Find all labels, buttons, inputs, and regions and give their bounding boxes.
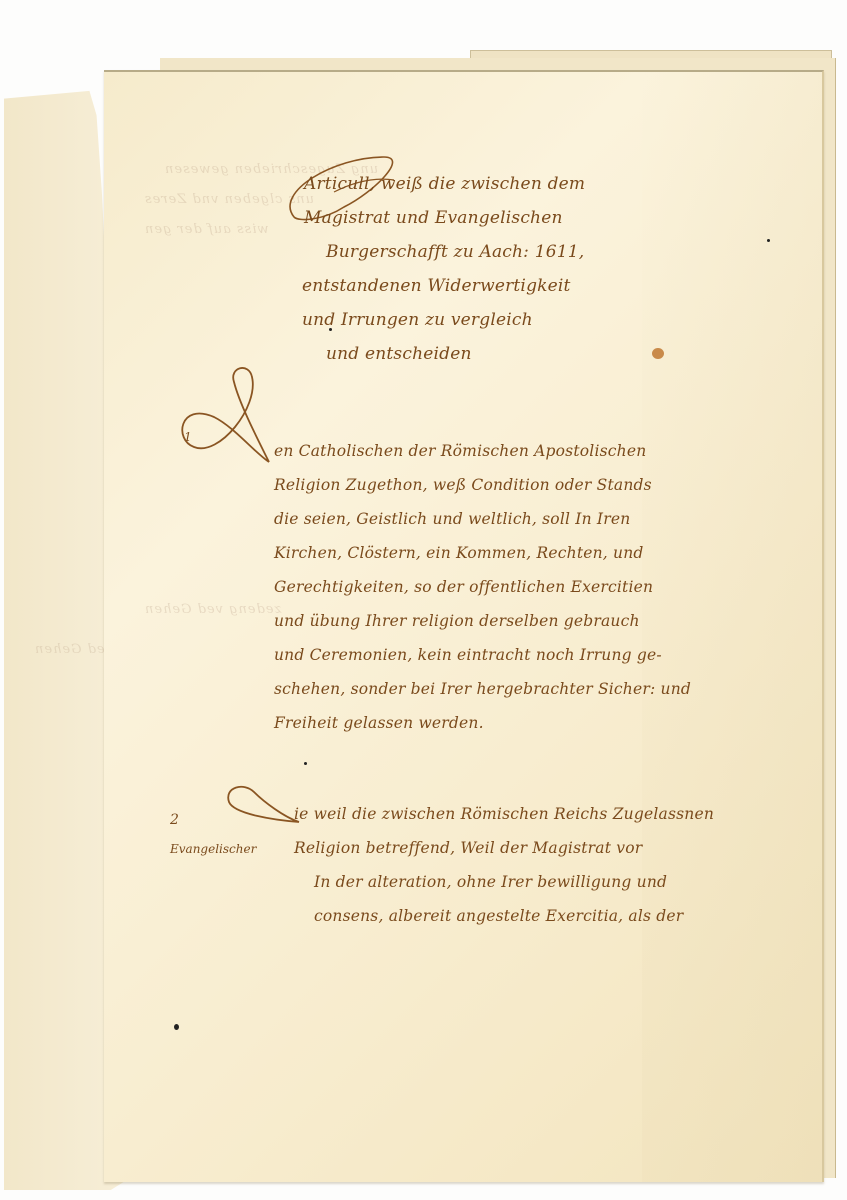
speck bbox=[329, 328, 332, 331]
page-crease-shadow bbox=[642, 72, 822, 1182]
article-2-line-1: ie weil die zwischen Römischen Reichs Zu… bbox=[294, 805, 714, 823]
article-1-line-9: Freiheit gelassen werden. bbox=[274, 714, 484, 732]
article-number: 2 bbox=[170, 812, 179, 828]
bleed-through-line: zedeng ved Gehen bbox=[144, 602, 281, 617]
margin-note-evangelischer: Evangelischer bbox=[170, 842, 256, 856]
title-line-6: und entscheiden bbox=[326, 344, 472, 364]
article-1-line-4: Kirchen, Clöstern, ein Kommen, Rechten, … bbox=[274, 544, 644, 562]
article-2-line-4: consens, albereit angestelte Exercitia, … bbox=[314, 907, 683, 925]
title-line-4: entstandenen Widerwertigkeit bbox=[302, 276, 571, 296]
article-1-line-6: und übung Ihrer religion derselben gebra… bbox=[274, 612, 640, 630]
title-line-5: und Irrungen zu vergleich bbox=[302, 310, 533, 330]
article-2-line-2: Religion betreffend, Weil der Magistrat … bbox=[294, 839, 642, 857]
bleed-through-line: wiss auf der gen bbox=[144, 222, 269, 237]
speck bbox=[767, 239, 770, 242]
article-1-line-2: Religion Zugethon, weß Condition oder St… bbox=[274, 476, 652, 494]
initial-d-flourish-icon bbox=[174, 362, 284, 472]
speck bbox=[304, 762, 307, 765]
ink-stain bbox=[652, 348, 664, 359]
title-line-3: Burgerschafft zu Aach: 1611, bbox=[326, 242, 584, 262]
article-1-line-8: schehen, sonder bei Irer hergebrachter S… bbox=[274, 680, 691, 698]
article-2-line-3: In der alteration, ohne Irer bewilligung… bbox=[314, 873, 667, 891]
title-line-2: Magistrat und Evangelischen bbox=[304, 208, 563, 228]
title-line-1: Articull, weiß die zwischen dem bbox=[304, 174, 585, 194]
manuscript-page: ung Zugeschrieben gewesen uns clgeben vn… bbox=[104, 70, 824, 1182]
article-1-line-5: Gerechtigkeiten, so der offentlichen Exe… bbox=[274, 578, 653, 596]
bleed-through-line: uns clgeben vnd Zeres bbox=[144, 192, 314, 207]
binding-hole bbox=[174, 1024, 179, 1030]
article-1-line-7: und Ceremonien, kein eintracht noch Irru… bbox=[274, 646, 662, 664]
article-number: 1 bbox=[184, 430, 192, 444]
article-1-line-1: en Catholischen der Römischen Apostolisc… bbox=[274, 442, 646, 460]
initial-d-flourish-icon bbox=[214, 772, 304, 832]
article-1-line-3: die seien, Geistlich und weltlich, soll … bbox=[274, 510, 630, 528]
